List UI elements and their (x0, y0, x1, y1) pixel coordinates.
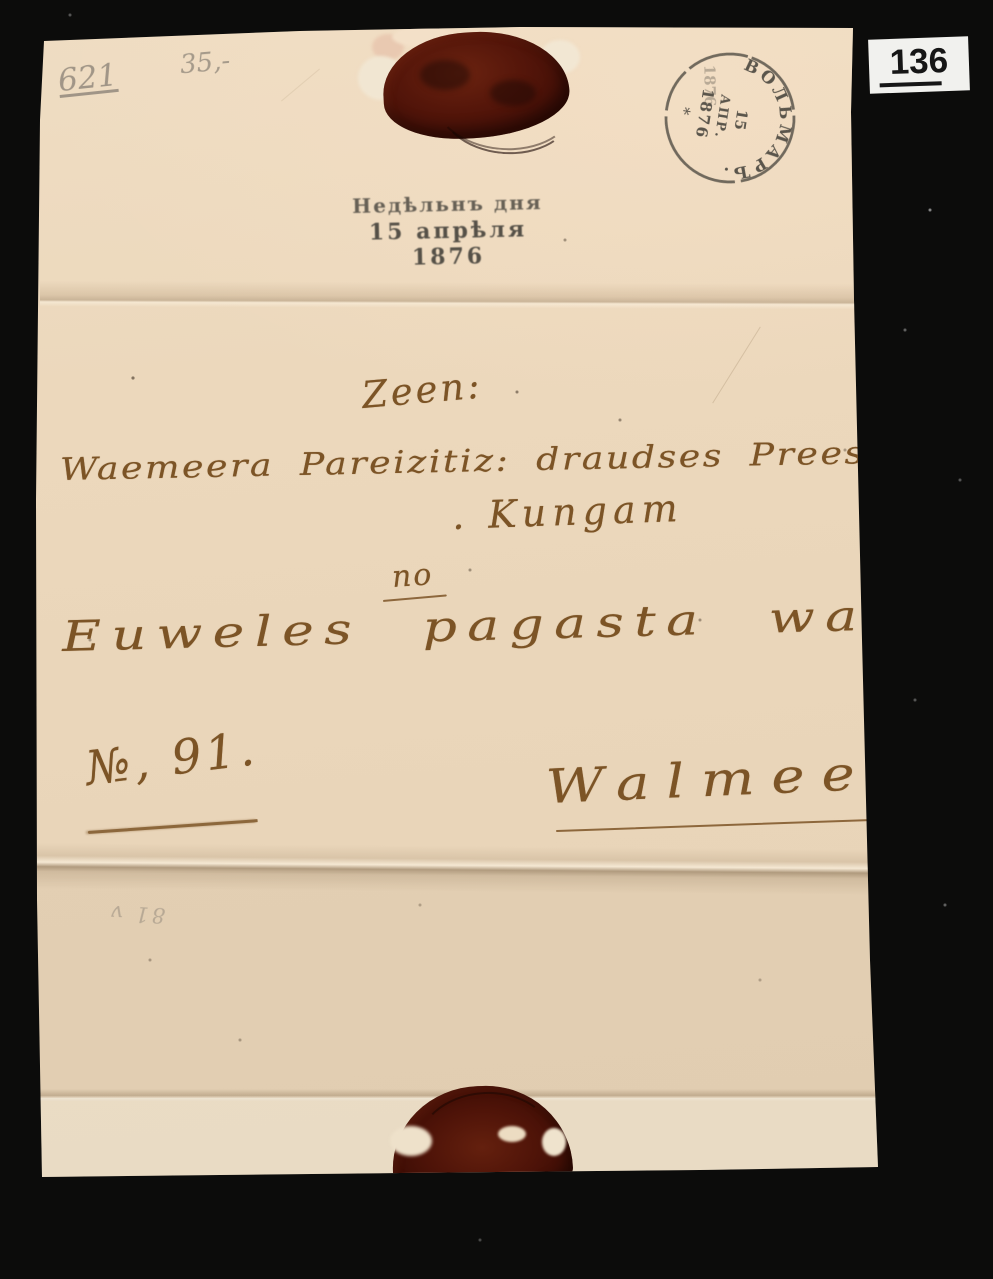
received-stamp-line2: 15 апрѣля 1876 (336, 216, 561, 273)
fold-crease-upper (40, 281, 856, 310)
handwriting-salutation: Zeen: (360, 364, 484, 417)
photo-background: 621 35,- 81 v ВОЛЬМАРЪ. 15 АПР. 1876 * 1… (0, 0, 993, 1279)
ink-underline-city (556, 819, 870, 832)
postmark-ghost-year: 1876 (700, 65, 719, 107)
handwriting-city: Walmeera (545, 742, 967, 815)
lot-number-text: 136 (889, 43, 949, 80)
handwriting-address-line1: Waemeera Pareizitiz: draudses Preestera (60, 433, 951, 488)
handwriting-address-line2: . Kungam (451, 486, 684, 538)
received-stamp-line1: Недѣльнъ дня (335, 190, 559, 219)
handwriting-sender-line: Euweles pagasta waldibas (61, 585, 993, 661)
wax-seal-mottle (490, 80, 536, 106)
postmark-star-icon: * (674, 105, 694, 116)
received-date-stamp: Недѣльнъ дня 15 апрѣля 1876 (335, 190, 561, 273)
letter-cover: 621 35,- 81 v ВОЛЬМАРЪ. 15 АПР. 1876 * 1… (0, 0, 993, 1279)
postmark-town-text: ВОЛЬМАРЪ. (718, 54, 806, 193)
pencil-price-note: 35,- (179, 46, 232, 80)
wax-seal-mottle (420, 60, 470, 90)
torn-paper-patch (498, 1126, 526, 1142)
fold-edge-middle (37, 843, 871, 896)
ink-underline-number (88, 819, 258, 833)
postmark-day: 15 (730, 108, 751, 131)
torn-paper-patch (390, 1126, 432, 1156)
paper-scratch (712, 327, 761, 404)
paper-scratch (281, 69, 320, 102)
handwriting-doc-number: №, 91. (83, 721, 262, 797)
ink-underline-from (383, 594, 447, 602)
lot-number-label: 136 (868, 36, 970, 93)
pencil-catalog-note: 621 (56, 57, 119, 99)
handwriting-from-word: no (391, 557, 435, 595)
pencil-faint-note: 81 v (107, 901, 165, 928)
torn-paper-patch (542, 1128, 566, 1156)
lot-number-underline (880, 81, 942, 87)
postmark-cds: ВОЛЬМАРЪ. 15 АПР. 1876 * 1876 (636, 24, 824, 212)
